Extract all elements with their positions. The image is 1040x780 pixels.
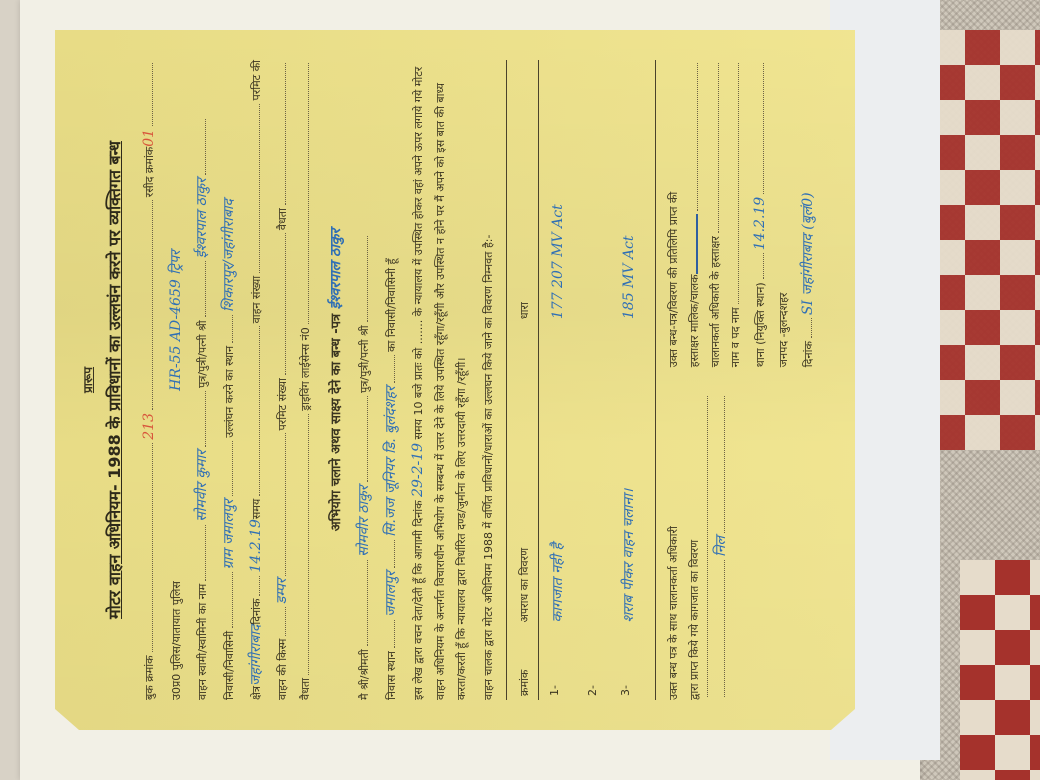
resident-row: निवासी/निवासिनी ग्राम जमालपुर उल्लंघन कर… bbox=[216, 60, 243, 700]
validity-label-2: वैधता bbox=[296, 678, 317, 700]
owner-signature bbox=[696, 214, 698, 274]
bond-heading: अभियोग चलाने अथव साक्ष्य देने का बन्ध -प… bbox=[323, 60, 350, 700]
owner-sign-label: हस्ताक्षर मालिक/चालक bbox=[685, 274, 706, 367]
resident-label: निवासी/निवासिनी bbox=[220, 631, 241, 700]
owner-row: वाहन स्वामी/स्वामिनी का नाम सोमवीर कुमार… bbox=[189, 60, 216, 700]
bond-name-row: मै श्री/श्रीमती सोमवीर ठाकुर पुत्र/पुत्र… bbox=[351, 60, 378, 700]
form-label: प्रारूप bbox=[77, 60, 100, 700]
owner-name-label: वाहन स्वामी/स्वामिनी का नाम bbox=[193, 584, 214, 700]
receipt-no-label: रसीद क्रमांक bbox=[140, 147, 161, 197]
footer-date-label: दिनांक bbox=[799, 341, 820, 367]
vehicle-number-value: HR-55 AD-4659 ट्रिपर bbox=[163, 60, 190, 581]
footer-date-value: SI जहांगीराबाद (बुलं0) bbox=[795, 192, 822, 315]
dl-row: वैधता ड्राइविंग लाईसेन्स नं0 bbox=[296, 60, 317, 700]
documents-section: उक्त बन्ध पत्र के साथ चालानकर्ता अधिकारी… bbox=[664, 393, 822, 700]
book-receipt-row: बुक क्रमांक 213 रसीद क्रमांक 01 bbox=[136, 60, 163, 700]
table-row: 1- कागजात नही है 177 207 MV Act bbox=[538, 60, 577, 700]
relation-value: ईश्वरपाल ठाकुर bbox=[189, 178, 216, 258]
dl-label: ड्राइविंग लाईसेन्स नं0 bbox=[296, 327, 317, 411]
relation-label: पुत्र/पुत्री/पत्नी श्री bbox=[193, 320, 214, 388]
table-row: 3- शराब पीकर वाहन चलाना। 185 MV Act bbox=[610, 60, 649, 700]
bond-heading-value: ईश्वरपाल ठाकुर bbox=[328, 229, 344, 310]
bond-residence-value: जमालपुर bbox=[378, 571, 405, 617]
offence-summary: वाहन चालक द्वारा मोटर अधिनियम 1988 में व… bbox=[479, 60, 500, 700]
area-row: क्षेत्र जहांगीराबाद दिनांक 14.2.19 समय व… bbox=[243, 60, 270, 700]
rug-pattern bbox=[960, 560, 1040, 780]
bond-i-label: मै श्री/श्रीमती bbox=[355, 649, 376, 700]
date-label: दिनांक bbox=[247, 599, 268, 625]
name-label: नाम व पद नाम bbox=[726, 307, 747, 367]
receipt-no-value: 01 bbox=[136, 129, 163, 147]
district-label: जनपद -बुलन्दशहर bbox=[774, 293, 795, 368]
divider bbox=[506, 60, 507, 700]
date-value: 14.2.19 bbox=[243, 519, 270, 572]
bond-i-value: सोमवीर ठाकुर bbox=[351, 485, 378, 556]
validity-label: वैधता bbox=[273, 208, 294, 230]
violation-place-value: शिकारपुर/जहांगीराबाद bbox=[216, 199, 243, 312]
docs-value: निल bbox=[708, 536, 735, 557]
bond-residence-row: निवास स्थान जमालपुर सि.जज जूनियर डि. बुल… bbox=[378, 60, 405, 700]
area-value: जहांगीराबाद bbox=[243, 625, 270, 686]
form-title: मोटर वाहन अधिनियम- 1988 के प्राविधानों क… bbox=[100, 60, 130, 700]
table-row: 2- bbox=[577, 60, 610, 700]
thana-value: 14.2.19 bbox=[747, 197, 774, 250]
book-no-value: 213 bbox=[136, 413, 163, 440]
vehicle-type-value: डम्पर bbox=[269, 579, 296, 605]
next-hearing-date: 29-2-19 bbox=[410, 443, 426, 497]
copy-label: उक्त बन्ध-पत्र/विवरण की प्रतिलिपि प्राप्… bbox=[664, 60, 685, 367]
police-row: उ0प्र0 पुलिस/यातायात पुलिस HR-55 AD-4659… bbox=[163, 60, 190, 700]
area-label: क्षेत्र bbox=[247, 686, 268, 700]
footer: उक्त बन्ध पत्र के साथ चालानकर्ता अधिकारी… bbox=[664, 60, 822, 700]
vehicle-type-row: वाहन की किस्म डम्पर परमिट संख्या वैधता bbox=[269, 60, 296, 700]
vehicle-count-label: वाहन संख्या bbox=[247, 276, 268, 324]
book-no-label: बुक क्रमांक bbox=[140, 655, 161, 700]
document-photo: प्रारूप मोटर वाहन अधिनियम- 1988 के प्राव… bbox=[45, 20, 865, 740]
violation-place-label: उल्लंघन करने का स्थान bbox=[220, 346, 241, 438]
bond-court-value: सि.जज जूनियर डि. बुलंदशहर bbox=[378, 386, 405, 536]
time-label: समय bbox=[247, 499, 268, 519]
divider bbox=[655, 60, 656, 700]
vehicle-type-label: वाहन की किस्म bbox=[273, 639, 294, 700]
officer-sign-label: चालानकर्ता अधिकारी के हस्ताक्षर bbox=[706, 236, 727, 367]
bond-residence-label: निवास स्थान bbox=[382, 651, 403, 700]
thana-label: थाना (नियुक्ति स्थान) bbox=[751, 282, 772, 367]
challan-form: प्रारूप मोटर वाहन अधिनियम- 1988 के प्राव… bbox=[55, 30, 855, 730]
col-description: अपराध का विवरण bbox=[513, 323, 538, 626]
signature-section: उक्त बन्ध-पत्र/विवरण की प्रतिलिपि प्राप्… bbox=[664, 60, 822, 367]
bond-paragraph: इस लेख द्वारा वचन देता/देती हूँ कि आगामी… bbox=[405, 60, 473, 700]
rug-pattern bbox=[930, 30, 1040, 450]
docs-label-2: द्वारा प्राप्त किये गये कागजात का विवरण bbox=[685, 393, 706, 700]
bond-relation-label: पुत्र/पुत्री/पत्नी श्री bbox=[355, 325, 376, 393]
permit-no-label: परमिट संख्या bbox=[273, 378, 294, 430]
resident-value: ग्राम जमालपुर bbox=[216, 499, 243, 569]
bond-resident-of-label: का निवासी/निवासिनी हूँ bbox=[382, 259, 403, 352]
docs-label-1: उक्त बन्ध पत्र के साथ चालानकर्ता अधिकारी bbox=[664, 393, 685, 700]
col-serial: क्रमांक bbox=[513, 626, 538, 700]
offence-table: क्रमांक अपराध का विवरण धारा 1- कागजात नह… bbox=[513, 60, 649, 700]
police-label: उ0प्र0 पुलिस/यातायात पुलिस bbox=[167, 581, 188, 700]
permit-of-label: परमिट की bbox=[247, 60, 268, 101]
col-section: धारा bbox=[513, 60, 538, 323]
owner-name-value: सोमवीर कुमार bbox=[189, 450, 216, 522]
